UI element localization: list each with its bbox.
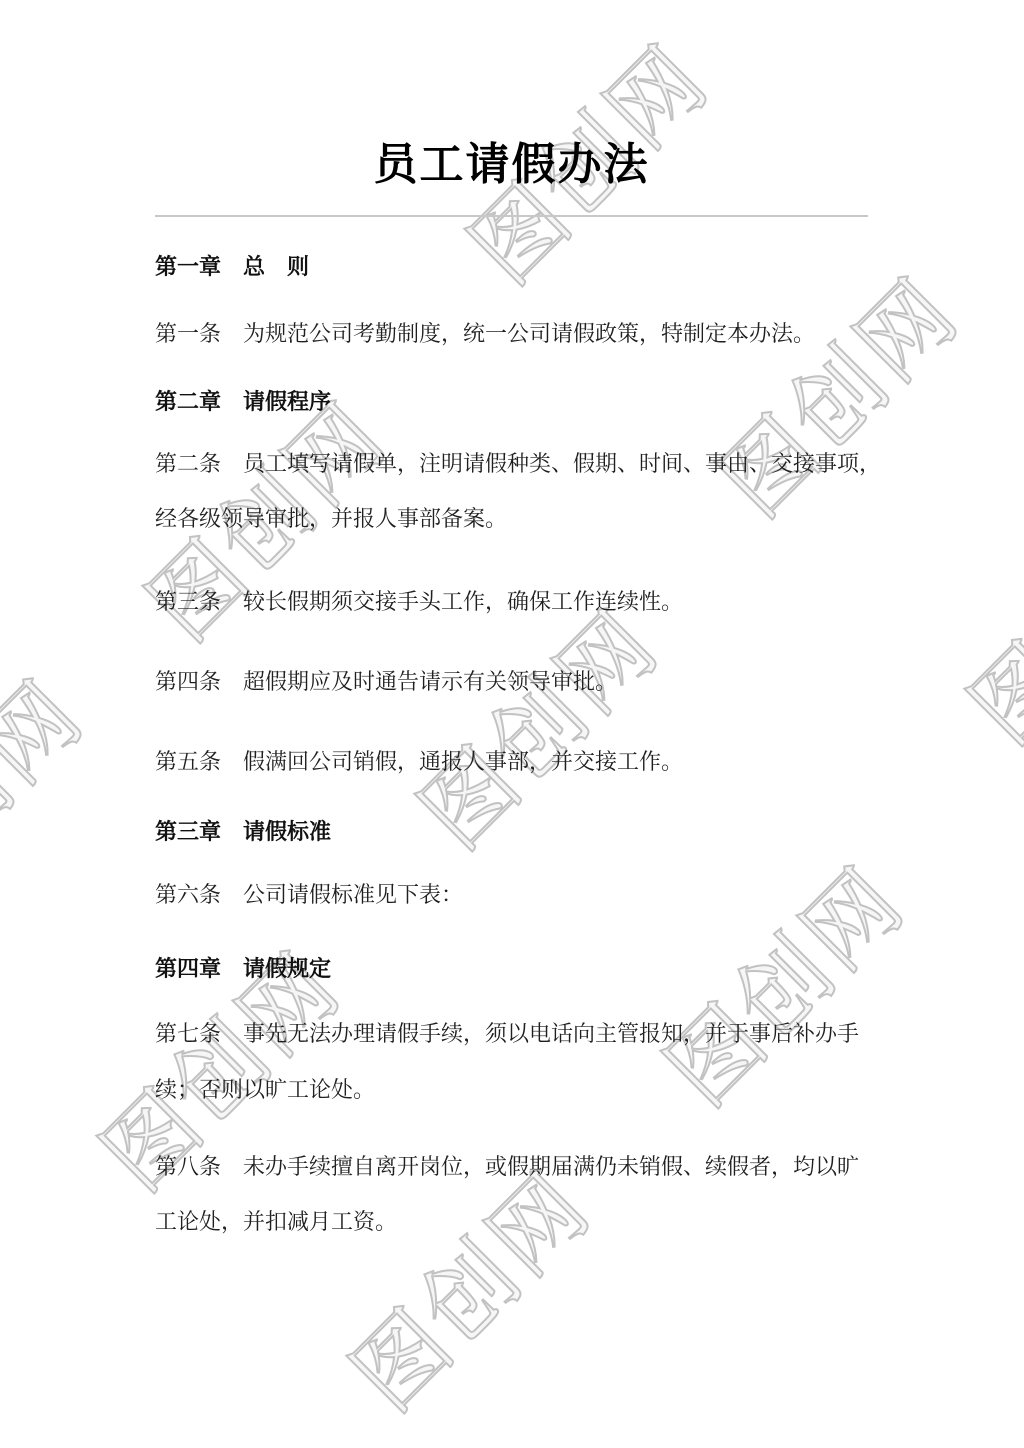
article-1: 第一条 为规范公司考勤制度，统一公司请假政策，特制定本办法。 xyxy=(155,320,895,348)
watermark-text: 图创网 xyxy=(331,1151,614,1434)
article-2-line-2: 经各级领导审批，并报人事部备案。 xyxy=(155,505,895,533)
article-8-line-2: 工论处，并扣减月工资。 xyxy=(155,1208,895,1236)
chapter-heading-4: 第四章 请假规定 xyxy=(155,955,895,983)
watermark-text: 图创网 xyxy=(0,659,106,942)
article-8-line-1: 第八条 未办手续擅自离开岗位，或假期届满仍未销假、续假者，均以旷 xyxy=(155,1153,895,1181)
document-page: 图创网 图创网 图创网 图创网 图创网 图创网 图创网 图创网 图创网 员工请假… xyxy=(0,0,1024,1448)
article-6: 第六条 公司请假标准见下表： xyxy=(155,881,895,909)
watermark-text: 图创网 xyxy=(949,484,1024,767)
article-7-line-2: 续；否则以旷工论处。 xyxy=(155,1076,895,1104)
article-5: 第五条 假满回公司销假，通报人事部，并交接工作。 xyxy=(155,748,895,776)
chapter-heading-3: 第三章 请假标准 xyxy=(155,818,895,846)
chapter-heading-1: 第一章 总 则 xyxy=(155,253,895,281)
chapter-heading-2: 第二章 请假程序 xyxy=(155,388,895,416)
article-2-line-1: 第二条 员工填写请假单，注明请假种类、假期、时间、事由、交接事项， xyxy=(155,450,895,478)
page-title: 员工请假办法 xyxy=(155,128,868,192)
article-7-line-1: 第七条 事先无法办理请假手续，须以电话向主管报知，并于事后补办手 xyxy=(155,1020,895,1048)
article-4: 第四条 超假期应及时通告请示有关领导审批。 xyxy=(155,668,895,696)
title-divider xyxy=(155,215,868,217)
article-3: 第三条 较长假期须交接手头工作，确保工作连续性。 xyxy=(155,588,895,616)
